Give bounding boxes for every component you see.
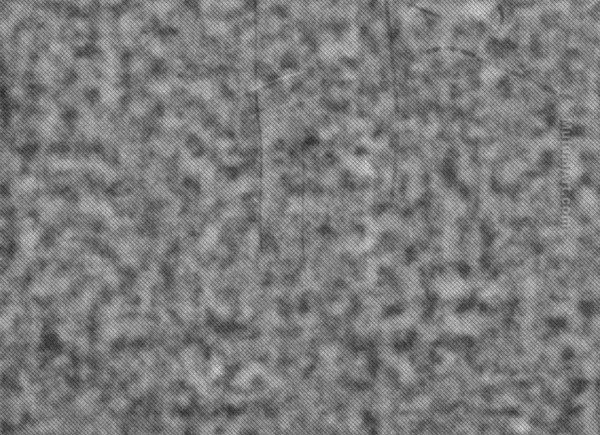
watermark-text: MutualArt.com — [559, 118, 575, 229]
halftone-landscape-photo: MutualArt.com — [0, 0, 600, 435]
halftone-screen-overlay — [0, 0, 600, 435]
